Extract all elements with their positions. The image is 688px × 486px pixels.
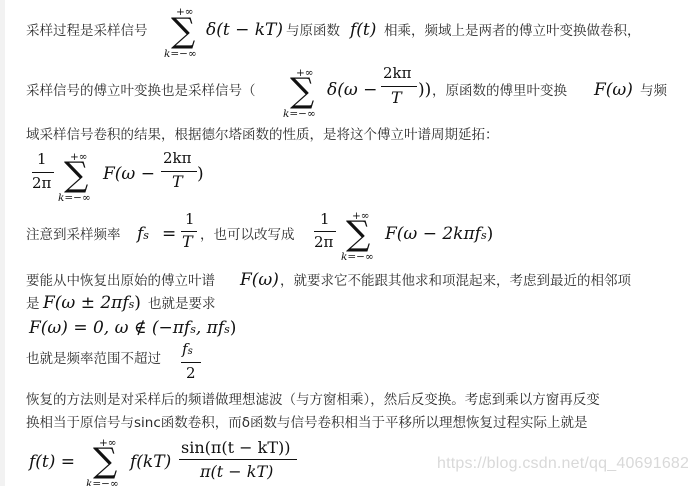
text: 也就是频率范围不超过: [26, 350, 161, 368]
text: 也就是要求: [148, 295, 216, 313]
frac-denominator: T: [391, 88, 402, 107]
math-delta-omega: δ(ω −: [327, 80, 377, 100]
frac-numerator: 2kπ: [163, 149, 192, 167]
sum-lower-limit: k=−∞: [341, 252, 374, 263]
frac-numerator: sin(π(t − kT)): [181, 438, 291, 457]
text: ，原函数的傅里叶变换: [432, 82, 567, 100]
fraction-bar: [381, 86, 417, 87]
text: 注意到采样频率: [26, 226, 121, 244]
fraction-bar: [181, 362, 201, 363]
text: 采样信号的傅立叶变换也是采样信号（: [26, 82, 256, 100]
fraction-bar: [32, 172, 54, 173]
math-F-omega-minus: F(ω −: [103, 164, 155, 184]
text: 与频: [640, 82, 667, 100]
text: 要能从中恢复出原始的傅立叶谱: [26, 272, 215, 290]
fraction-bar: [314, 231, 336, 232]
summation-symbol: ∑: [64, 158, 88, 192]
math-F-omega: F(ω): [240, 270, 279, 290]
text: 与原函数: [286, 22, 340, 40]
math-F-shift: F(ω ± 2πfs): [43, 293, 141, 313]
math-fs: fs: [137, 224, 149, 244]
math-delta-expr: δ(t − kT): [206, 20, 283, 40]
frac-numerator: 2kπ: [383, 64, 412, 82]
text: 换相当于原信号与sinc函数卷积，而δ函数与信号卷积相当于平移所以理想恢复过程实…: [26, 414, 588, 432]
watermark: https://blog.csdn.net/qq_40691682: [437, 455, 688, 473]
text: 恢复的方法则是对采样后的频谱做理想滤波（与方窗相乘），然后反变换。考虑到乘以方窗…: [26, 391, 600, 409]
text: 是: [26, 295, 40, 313]
math-f-t: f(t): [350, 20, 376, 40]
summation-symbol: ∑: [93, 444, 117, 478]
coef-denominator: 2π: [32, 174, 51, 192]
coef-numerator: 1: [37, 150, 47, 168]
text: 采样过程是采样信号: [26, 22, 148, 40]
summation-symbol: ∑: [171, 14, 195, 48]
text: ，就要求它不能跟其他求和项混起来，考虑到最近的相邻项: [280, 272, 631, 290]
sum-lower-limit: k=−∞: [86, 479, 119, 486]
text: ，也可以改写成: [200, 226, 295, 244]
frac-denominator: π(t − kT): [200, 462, 273, 481]
frac-numerator: fs: [182, 340, 193, 358]
fraction-bar: [179, 459, 297, 460]
math-F-omega-fs: F(ω − 2kπfs): [385, 224, 493, 244]
text: 相乘，频域上是两者的傅立叶变换做卷积，: [384, 22, 641, 40]
formula-bandlimit-condition: F(ω) = 0, ω ∉ (−πfs, πfs): [29, 318, 236, 338]
summation-symbol: ∑: [346, 217, 370, 251]
frac-numerator: 1: [185, 210, 195, 228]
sum-lower-limit: k=−∞: [164, 49, 197, 60]
math-equals: =: [162, 224, 176, 244]
sum-lower-limit: k=−∞: [283, 109, 316, 120]
frac-denominator: T: [182, 232, 193, 251]
math-close-paren: ): [197, 164, 204, 184]
math-lhs: f(t) =: [29, 452, 75, 472]
coef-denominator: 2π: [314, 233, 333, 251]
math-close-paren: )): [418, 80, 431, 100]
summation-symbol: ∑: [290, 74, 314, 108]
frac-denominator: T: [172, 172, 183, 191]
left-margin-bar: [0, 0, 5, 486]
text: 域采样信号卷积的结果，根据德尔塔函数的性质，是将这个傅立叶谱周期延拓：: [26, 126, 499, 144]
frac-denominator: 2: [186, 364, 196, 382]
sum-lower-limit: k=−∞: [58, 193, 91, 204]
coef-numerator: 1: [320, 210, 330, 228]
math-F-omega: F(ω): [594, 80, 633, 100]
math-f-kT: f(kT): [130, 452, 171, 472]
